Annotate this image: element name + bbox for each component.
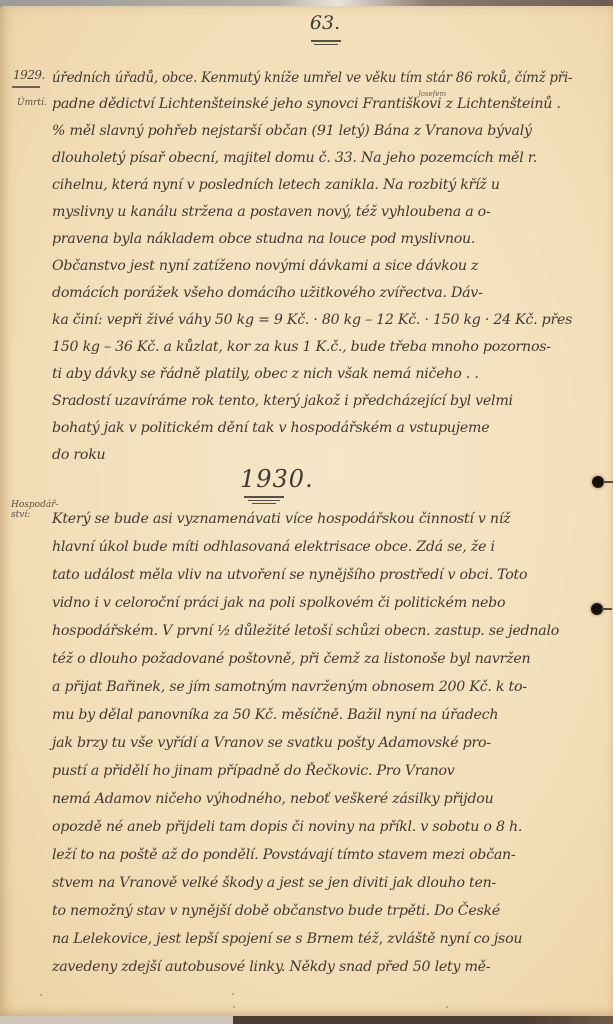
margin-year-1929: 1929.: [13, 68, 45, 82]
margin-note-economy: Hospodář-ství:: [11, 500, 39, 520]
paper-speck: [446, 1006, 448, 1008]
text-line: Sradostí uzavíráme rok tento, který jako…: [52, 393, 572, 409]
text-line: vidno i v celoroční práci jak na poli sp…: [52, 595, 572, 611]
chronicle-page: 63. 1929. Úmrtí. Hospodář-ství: Josefem …: [0, 6, 613, 1018]
text-line: opozdě né aneb přijdeli tam dopis či nov…: [52, 819, 572, 835]
text-line: jak brzy tu vše vyřídí a Vranov se svatk…: [52, 735, 572, 751]
text-line: hlavní úkol bude míti odhlasovaná elektr…: [52, 539, 572, 555]
text-line: a přijat Bařinek, se jím samotným navrže…: [52, 679, 572, 695]
margin-year-underline: [12, 86, 40, 88]
paper-speck: [232, 993, 234, 995]
text-line: 150 kg – 36 Kč. a kůzlat, kor za kus 1 K…: [52, 339, 572, 355]
heading-underline: [244, 496, 284, 498]
text-line: pravena byla nákladem obce studna na lou…: [52, 231, 572, 247]
text-line: % měl slavný pohřeb nejstarší občan (91 …: [52, 123, 572, 139]
text-line: leží to na poště až do pondělí. Povstáva…: [52, 847, 572, 863]
text-line: tato událost měla vliv na utvoření se ny…: [52, 567, 572, 583]
section-heading-1930: 1930.: [240, 465, 314, 493]
paper-speck: [40, 994, 42, 996]
text-line: Který se bude asi vyznamenávati více hos…: [52, 511, 572, 527]
text-line: hospodářském. V první ½ důležité letoší …: [52, 623, 572, 639]
binder-punch-mark: [603, 481, 613, 483]
text-line: úředních úřadů, obce. Kenmutý kníže umře…: [52, 70, 544, 86]
page-number-underline-2: [314, 44, 338, 45]
text-line: cihelnu, která nyní v posledních letech …: [52, 177, 572, 193]
paper-speck: [233, 1006, 235, 1008]
margin-note-death: Úmrtí.: [17, 98, 47, 108]
text-line: na Lelekovice, jest lepší spojení se s B…: [52, 931, 572, 947]
text-line: též o dlouho požadované poštovně, při če…: [52, 651, 572, 667]
text-line: to nemožný stav v nynější době občanstvo…: [52, 903, 572, 919]
heading-underline-3: [252, 503, 276, 504]
text-line: zavedeny zdejší autobusové linky. Někdy …: [52, 959, 572, 975]
text-line: ka činí: vepři živé váhy 50 kg = 9 Kč. ·…: [52, 312, 571, 328]
page-number-underline: [311, 40, 341, 42]
text-line: do roku: [52, 447, 572, 463]
text-line: myslivny u kanálu stržena a postaven nov…: [52, 204, 572, 220]
text-line: ti aby dávky se řádně platily, obec z ni…: [52, 366, 572, 382]
text-line: pustí a přidělí ho jinam případně do Řeč…: [52, 763, 572, 779]
binder-punch-mark: [602, 608, 612, 610]
text-line: Občanstvo jest nyní zatíženo novými dávk…: [52, 258, 572, 274]
heading-underline-2: [248, 500, 280, 501]
text-line: bohatý jak v politickém dění tak v hospo…: [52, 420, 572, 436]
text-line: padne dědictví Lichtenšteinské jeho syno…: [52, 96, 572, 112]
text-line: nemá Adamov ničeho výhodného, neboť vešk…: [52, 791, 572, 807]
scan-bottom-edge: [0, 1016, 613, 1024]
text-line: stvem na Vranově velké škody a jest se j…: [52, 875, 572, 891]
text-line: mu by dělal panovníka za 50 Kč. měsíčně.…: [52, 707, 572, 723]
text-line: domácích porážek všeho domácího užitkové…: [52, 285, 572, 301]
text-line: dlouholetý písař obecní, majitel domu č.…: [52, 150, 572, 166]
page-number: 63.: [300, 12, 350, 34]
